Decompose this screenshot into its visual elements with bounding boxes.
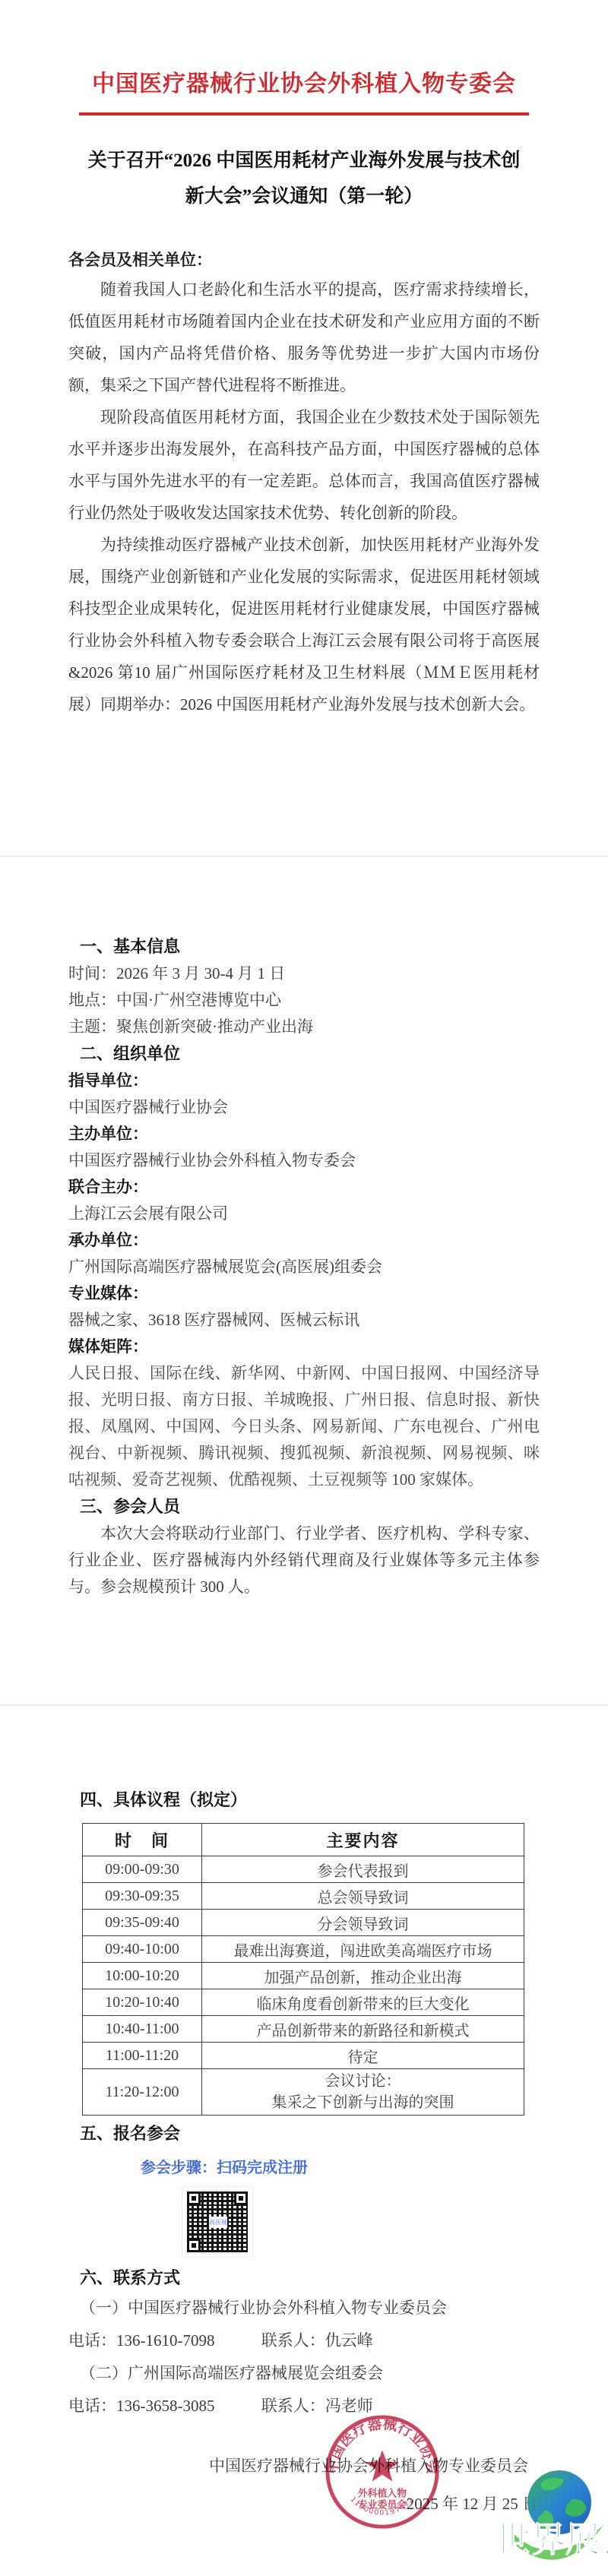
basic-info-place: 地点：中国·广州空港博览中心 xyxy=(68,987,540,1014)
agenda-row-discussion: 11:20-12:00 会议讨论： 集采之下创新与出海的突围 xyxy=(83,2069,524,2116)
paragraph-3: 为持续推动医疗器械产业技术创新，加快医用耗材产业海外发展，围绕产业创新链和产业化… xyxy=(68,529,540,720)
section-heading-contact: 六、联系方式 xyxy=(68,2264,540,2292)
registration-qr-code: 高医展 xyxy=(182,2187,252,2257)
agenda-time: 09:40-10:00 xyxy=(83,1936,202,1963)
registration-steps-text: 参会步骤：扫码完成注册 xyxy=(68,2155,540,2179)
agenda-time: 09:35-09:40 xyxy=(83,1910,202,1936)
red-divider-rule xyxy=(79,112,529,116)
contact-phone-2: 电话：136-3658-3085 联系人：冯老师 xyxy=(68,2390,540,2423)
agenda-content: 加强产品创新，推动企业出海 xyxy=(202,1963,524,1989)
contact-phone-1: 电话：136-1610-7098 联系人：仇云峰 xyxy=(68,2324,540,2357)
phone-number: 电话：136-1610-7098 xyxy=(68,2331,215,2350)
globe-swoosh xyxy=(511,2525,603,2560)
agenda-content: 参会代表报到 xyxy=(202,1856,524,1883)
scanned-notice-document: 中国医疗器械行业协会外科植入物专委会 关于召开“2026 中国医用耗材产业海外发… xyxy=(0,0,608,2576)
basic-info-theme: 主题：聚焦创新突破·推动产业出海 xyxy=(68,1014,540,1040)
contact-org-2: （二）广州国际高端医疗器械展览会组委会 xyxy=(68,2357,540,2390)
agenda-discussion-title: 会议讨论： xyxy=(202,2071,524,2092)
agenda-content: 临床角度看创新带来的巨大变化 xyxy=(202,1989,524,2016)
agenda-table: 时 间 主要内容 09:00-09:30 参会代表报到 09:30-09:35 … xyxy=(82,1823,524,2116)
organizer-label: 指导单位： xyxy=(68,1068,540,1094)
phone-number: 电话：136-3658-3085 xyxy=(68,2397,215,2415)
agenda-time: 11:20-12:00 xyxy=(83,2069,202,2116)
organizer-label: 联合主办： xyxy=(68,1174,540,1201)
agenda-header-row: 时 间 主要内容 xyxy=(83,1824,524,1856)
signature-org-name: 中国医疗器械行业协会外科植入物专业委员会 xyxy=(68,2450,540,2482)
section-heading-attendees: 三、参会人员 xyxy=(68,1493,540,1521)
section-heading-basic-info: 一、基本信息 xyxy=(68,857,540,960)
agenda-discussion-topic: 集采之下创新与出海的突围 xyxy=(202,2092,524,2113)
document-title: 关于召开“2026 中国医用耗材产业海外发展与技术创新大会”会议通知（第一轮） xyxy=(84,143,524,214)
agenda-row: 09:00-09:30 参会代表报到 xyxy=(83,1856,524,1883)
organizer-value: 广州国际高端医疗器械展览会(高医展)组委会 xyxy=(68,1254,540,1280)
section-heading-agenda: 四、具体议程（拟定） xyxy=(68,1706,540,1814)
contact-person: 联系人：冯老师 xyxy=(261,2397,373,2415)
contact-person: 联系人：仇云峰 xyxy=(261,2331,373,2350)
organizer-label: 专业媒体： xyxy=(68,1280,540,1307)
organizer-value: 上海江云会展有限公司 xyxy=(68,1201,540,1227)
section-heading-registration: 五、报名参会 xyxy=(68,2120,540,2147)
agenda-row: 10:00-10:20 加强产品创新，推动企业出海 xyxy=(83,1963,524,1989)
agenda-row: 10:20-10:40 临床角度看创新带来的巨大变化 xyxy=(83,1989,524,2016)
agenda-col-time: 时 间 xyxy=(83,1824,202,1856)
agenda-time: 10:20-10:40 xyxy=(83,1989,202,2016)
agenda-content: 待定 xyxy=(202,2043,524,2069)
page-3: 四、具体议程（拟定） 时 间 主要内容 09:00-09:30 参会代表报到 0… xyxy=(0,1706,608,2576)
paragraph-2: 现阶段高值医用耗材方面，我国企业在少数技术处于国际领先水平并逐步出海发展外，在高… xyxy=(68,401,540,529)
agenda-row: 09:30-09:35 总会领导致词 xyxy=(83,1883,524,1910)
agenda-content: 分会领导致词 xyxy=(202,1910,524,1936)
page-2: 一、基本信息 时间：2026 年 3 月 30-4 月 1 日 地点：中国·广州… xyxy=(0,857,608,1706)
agenda-row: 11:00-11:20 待定 xyxy=(83,2043,524,2069)
media-matrix-list: 人民日报、国际在线、新华网、中新网、中国日报网、中国经济导报、光明日报、南方日报… xyxy=(68,1360,540,1493)
agenda-content: 产品创新带来的新路径和新模式 xyxy=(202,2016,524,2043)
qr-center-logo: 高医展 xyxy=(209,2217,227,2228)
signature-date: 2025 年 12 月 25 日 xyxy=(68,2488,540,2520)
organizer-value: 器械之家、3618 医疗器械网、医械云标讯 xyxy=(68,1307,540,1334)
watermark-text: 世界展会 xyxy=(496,2519,608,2560)
agenda-content: 总会领导致词 xyxy=(202,1883,524,1910)
agenda-content: 最难出海赛道，闯进欧美高端医疗市场 xyxy=(202,1936,524,1963)
salutation: 各会员及相关单位： xyxy=(68,246,540,274)
agenda-row: 09:40-10:00 最难出海赛道，闯进欧美高端医疗市场 xyxy=(83,1936,524,1963)
media-matrix-label: 媒体矩阵： xyxy=(68,1334,540,1360)
contact-org-1: （一）中国医疗器械行业协会外科植入物专业委员会 xyxy=(68,2292,540,2324)
signature-block: 中国医疗器械行业协会外科植入物专业委员会 2025 年 12 月 25 日 xyxy=(68,2450,540,2520)
section-heading-organizers: 二、组织单位 xyxy=(68,1040,540,1068)
agenda-time: 09:30-09:35 xyxy=(83,1883,202,1910)
org-header-title: 中国医疗器械行业协会外科植入物专委会 xyxy=(68,0,540,100)
agenda-time: 10:40-11:00 xyxy=(83,2016,202,2043)
basic-info-time: 时间：2026 年 3 月 30-4 月 1 日 xyxy=(68,960,540,987)
agenda-row: 09:35-09:40 分会领导致词 xyxy=(83,1910,524,1936)
page-1: 中国医疗器械行业协会外科植入物专委会 关于召开“2026 中国医用耗材产业海外发… xyxy=(0,0,608,857)
agenda-time: 09:00-09:30 xyxy=(83,1856,202,1883)
agenda-time: 11:00-11:20 xyxy=(83,2043,202,2069)
paragraph-1: 随着我国人口老龄化和生活水平的提高，医疗需求持续增长，低值医用耗材市场随着国内企… xyxy=(68,274,540,401)
agenda-content: 会议讨论： 集采之下创新与出海的突围 xyxy=(202,2069,524,2116)
organizer-value: 中国医疗器械行业协会外科植入物专委会 xyxy=(68,1147,540,1174)
qr-finder-icon xyxy=(187,2239,201,2252)
organizer-value: 中国医疗器械行业协会 xyxy=(68,1094,540,1121)
qr-finder-icon xyxy=(187,2191,201,2205)
agenda-time: 10:00-10:20 xyxy=(83,1963,202,1989)
qr-finder-icon xyxy=(234,2191,248,2205)
organizer-label: 承办单位： xyxy=(68,1227,540,1254)
organizer-label: 主办单位： xyxy=(68,1121,540,1147)
attendees-paragraph: 本次大会将联动行业部门、行业学者、医疗机构、学科专家、行业企业、医疗器械海内外经… xyxy=(68,1521,540,1600)
agenda-col-content: 主要内容 xyxy=(202,1824,524,1856)
agenda-row: 10:40-11:00 产品创新带来的新路径和新模式 xyxy=(83,2016,524,2043)
